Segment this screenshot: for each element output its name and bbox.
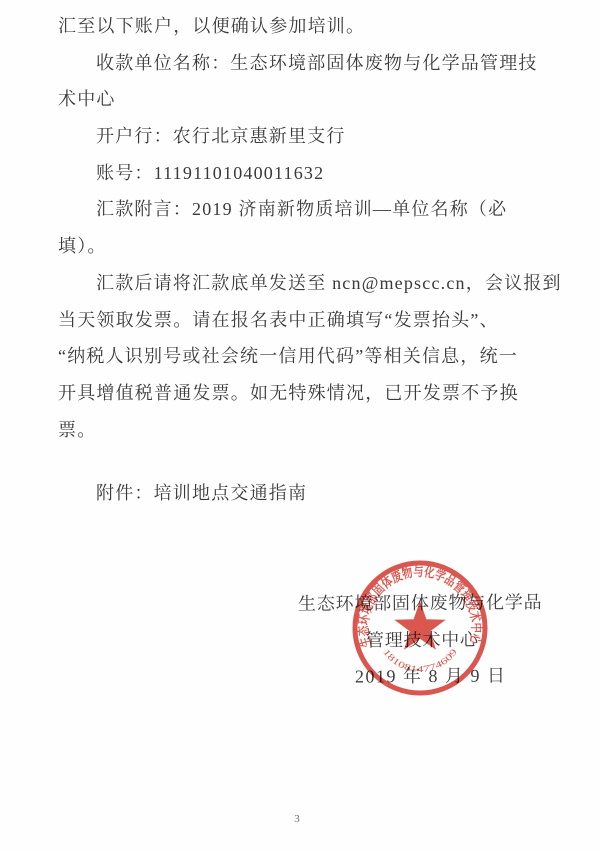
document-line-account: 账号：11191101040011632 (58, 155, 550, 192)
attachment-line: 附件：培训地点交通指南 (58, 475, 550, 512)
document-line: 术中心 (58, 81, 550, 118)
document-body: 汇至以下账户，以便确认参加培训。 收款单位名称：生态环境部固体废物与化学品管理技… (58, 8, 550, 512)
document-page: 汇至以下账户，以便确认参加培训。 收款单位名称：生态环境部固体废物与化学品管理技… (0, 0, 600, 851)
document-line-email: 汇款后请将汇款底单发送至 ncn@mepscc.cn，会议报到 (58, 265, 550, 302)
document-line: 填）。 (58, 228, 550, 265)
page-number: 3 (0, 813, 594, 825)
seal-code-label: 1810814774609 (381, 646, 459, 674)
official-seal-icon: 生态环境部固体废物与化学品管理技术中心 1810814774609 (335, 543, 505, 713)
document-line: 收款单位名称：生态环境部固体废物与化学品管理技 (58, 45, 550, 82)
document-line: 汇款附言：2019 济南新物质培训—单位名称（必 (58, 191, 550, 228)
document-line-bank: 开户行：农行北京惠新里支行 (58, 118, 550, 155)
document-line: “纳税人识别号或社会统一信用代码”等相关信息，统一 (58, 338, 550, 375)
seal-star-icon (394, 601, 445, 650)
document-line: 当天领取发票。请在报名表中正确填写“发票抬头”、 (58, 302, 550, 339)
document-line: 开具增值税普通发票。如无特殊情况，已开发票不予换 (58, 375, 550, 412)
document-line: 票。 (58, 412, 550, 449)
document-line: 汇至以下账户，以便确认参加培训。 (58, 8, 550, 45)
